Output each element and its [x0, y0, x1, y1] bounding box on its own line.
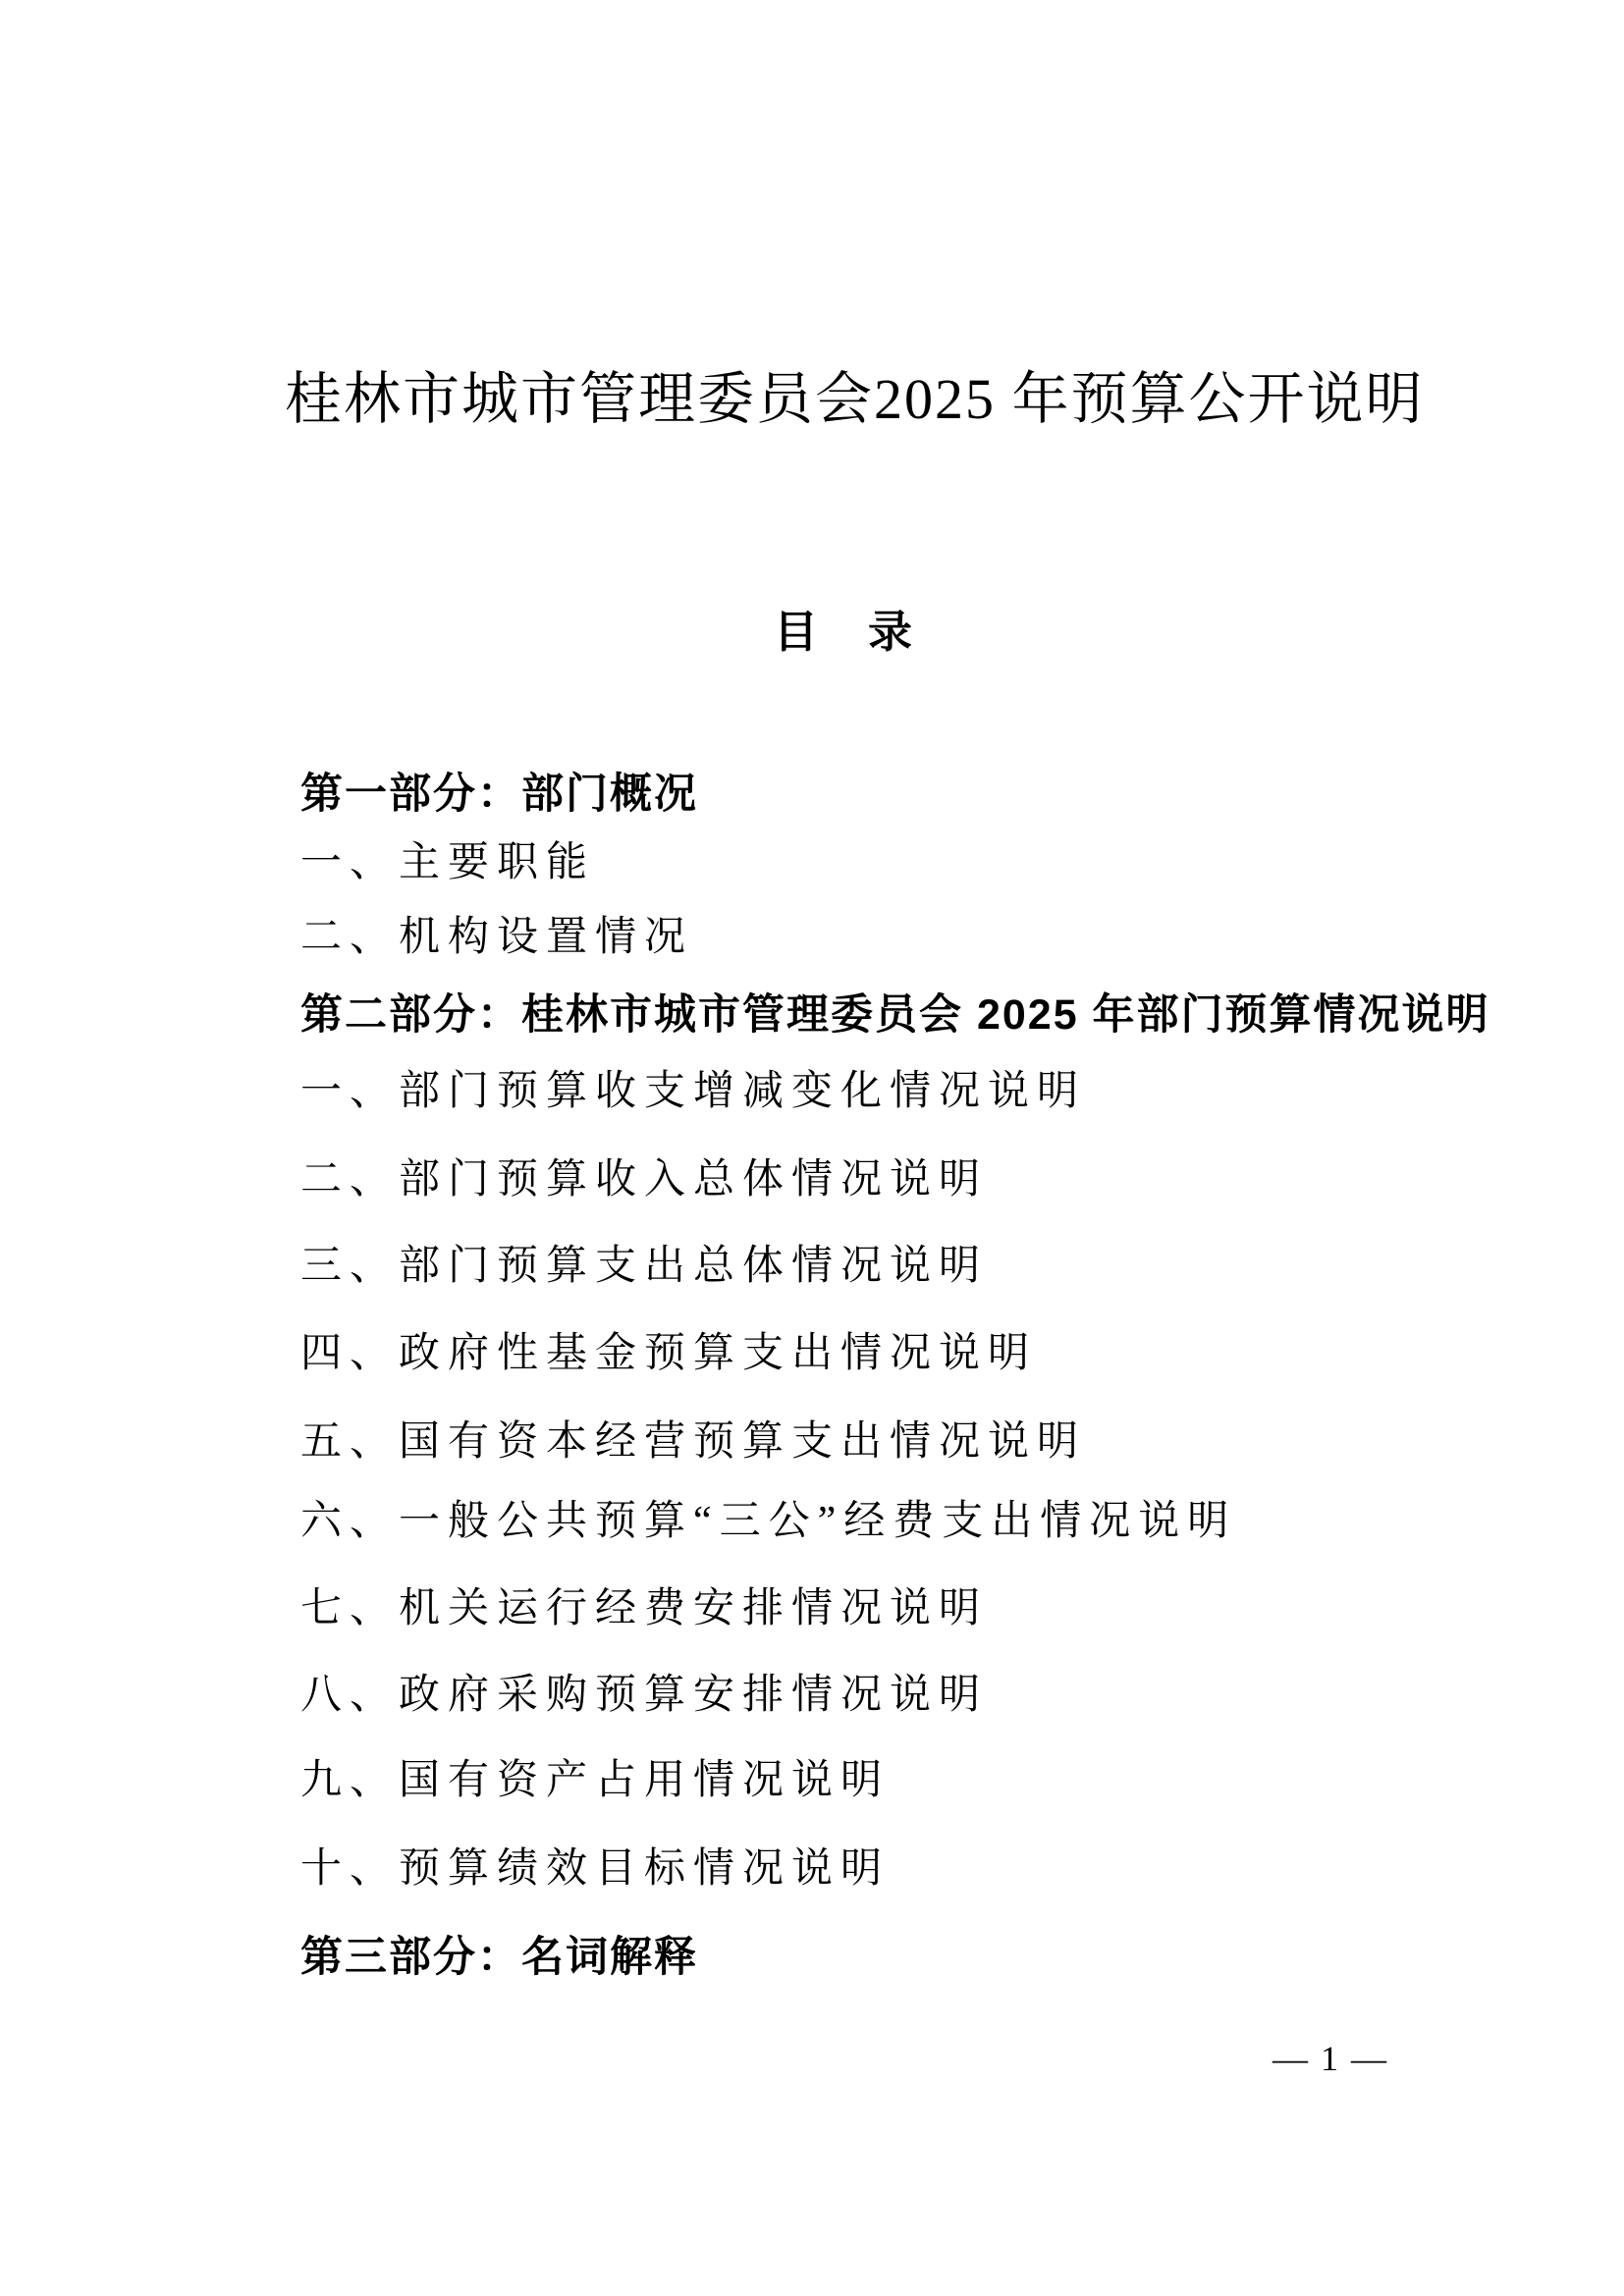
toc-title: 目 录	[774, 609, 915, 655]
toc-entry: 八、政府采购预算安排情况说明	[300, 1674, 988, 1717]
toc-entry: 一、部门预算收支增减变化情况说明	[300, 1070, 1086, 1113]
toc-entry: 十、预算绩效目标情况说明	[300, 1847, 890, 1891]
toc-entry: 五、国有资本经营预算支出情况说明	[300, 1420, 1086, 1464]
toc-section-heading-part1: 第一部分：部门概况	[300, 773, 698, 817]
toc-entry: 九、国有资产占用情况说明	[300, 1759, 890, 1802]
toc-section-heading-part3: 第三部分：名词解释	[300, 1936, 698, 1980]
document-page: 桂林市城市管理委员会2025 年预算公开说明 目 录 第一部分：部门概况 一、主…	[0, 0, 1624, 2296]
page-number: — 1 —	[1272, 2038, 1388, 2079]
document-title: 桂林市城市管理委员会2025 年预算公开说明	[285, 370, 1425, 430]
toc-entry: 二、机构设置情况	[300, 916, 693, 959]
toc-entry: 七、机关运行经费安排情况说明	[300, 1587, 988, 1630]
toc-entry: 二、部门预算收入总体情况说明	[300, 1158, 988, 1201]
toc-entry: 六、一般公共预算“三公”经费支出情况说明	[300, 1500, 1236, 1543]
toc-section-heading-part2: 第二部分：桂林市城市管理委员会 2025 年部门预算情况说明	[300, 993, 1490, 1038]
toc-entry: 一、主要职能	[300, 841, 595, 884]
toc-entry: 四、政府性基金预算支出情况说明	[300, 1332, 1037, 1375]
toc-entry: 三、部门预算支出总体情况说明	[300, 1245, 988, 1288]
